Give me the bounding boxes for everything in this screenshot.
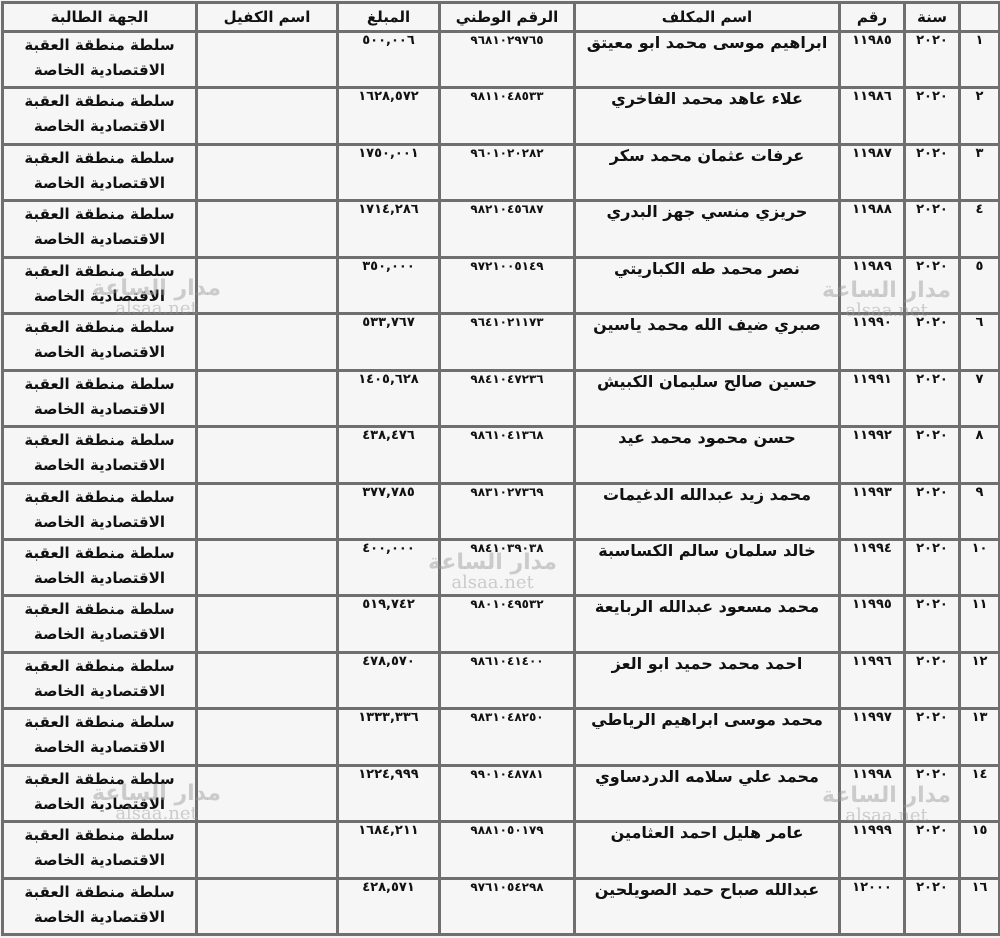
cell-text-year: ٢٠٢٠ (916, 428, 948, 443)
cell-text-authority-line1: سلطة منطقة العقبة (24, 431, 174, 449)
cell-text-name: عرفات عثمان محمد سكر (610, 146, 804, 165)
cell-text-year: ٢٠٢٠ (916, 485, 948, 500)
cell-serial: ٢ (960, 88, 1000, 144)
cell-text-name: محمد زيد عبدالله الدغيمات (603, 485, 811, 504)
cell-amount: ٥٣٣,٧٦٧ (338, 314, 440, 370)
cell-name: نصر محمد طه الكباريتي (575, 257, 840, 313)
table-row: ٧ ٢٠٢٠ ١١٩٩١ حسين صالح سليمان الكبيش ٩٨٤… (3, 370, 1000, 426)
cell-text-amount: ١٦٨٤,٢١١ (358, 823, 418, 838)
cell-amount: ١٤٠٥,٦٢٨ (338, 370, 440, 426)
cell-text-serial: ٨ (976, 428, 984, 443)
cell-authority: سلطة منطقة العقبةالاقتصادية الخاصة (3, 878, 197, 934)
cell-text-number: ١١٩٩١ (852, 372, 892, 387)
cell-name: عامر هليل احمد العثامين (575, 822, 840, 878)
cell-number: ١١٩٩١ (840, 370, 905, 426)
cell-guarantor (197, 32, 338, 88)
cell-number: ١١٩٩٠ (840, 314, 905, 370)
cell-text-number: ١١٩٩٠ (852, 315, 892, 330)
cell-national-id: ٩٦٤١٠٢١١٧٣ (440, 314, 575, 370)
cell-number: ١١٩٩٢ (840, 427, 905, 483)
cell-text-national-id: ٩٨٨١٠٥٠١٧٩ (470, 823, 543, 837)
cell-guarantor (197, 765, 338, 821)
cell-text-amount: ١٦٢٨,٥٧٢ (358, 89, 418, 104)
cell-text-authority-line1: سلطة منطقة العقبة (24, 600, 174, 618)
cell-number: ١١٩٩٤ (840, 539, 905, 595)
cell-text-amount: ٤٧٨,٥٧٠ (362, 654, 415, 669)
cell-text-authority-line2: الاقتصادية الخاصة (34, 230, 165, 248)
cell-guarantor (197, 878, 338, 934)
cell-serial: ١٥ (960, 822, 1000, 878)
cell-text-amount: ٤٠٠,٠٠٠ (362, 541, 415, 556)
cell-text-authority-line2: الاقتصادية الخاصة (34, 682, 165, 700)
table-row: ١٢ ٢٠٢٠ ١١٩٩٦ احمد محمد حميد ابو العز ٩٨… (3, 652, 1000, 708)
cell-year: ٢٠٢٠ (905, 201, 960, 257)
cell-text-authority-line1: سلطة منطقة العقبة (24, 318, 174, 336)
cell-text-year: ٢٠٢٠ (916, 89, 948, 104)
cell-text-amount: ٥٠٠,٠٠٦ (362, 33, 415, 48)
cell-text-amount: ١٧١٤,٢٨٦ (358, 202, 418, 217)
cell-text-authority-line1: سلطة منطقة العقبة (24, 149, 174, 167)
cell-national-id: ٩٨٦١٠٤١٤٠٠ (440, 652, 575, 708)
cell-text-national-id: ٩٦٤١٠٢١١٧٣ (470, 315, 543, 329)
cell-text-authority-line2: الاقتصادية الخاصة (34, 738, 165, 756)
cell-name: ابراهيم موسى محمد ابو معيتق (575, 32, 840, 88)
cell-national-id: ٩٦٨١٠٢٩٧٦٥ (440, 32, 575, 88)
cell-text-name: حريزي منسي جهز البدري (607, 202, 808, 221)
cell-text-serial: ٣ (976, 146, 984, 161)
table-row: ٢ ٢٠٢٠ ١١٩٨٦ علاء عاهد محمد الفاخري ٩٨١١… (3, 88, 1000, 144)
cell-authority: سلطة منطقة العقبةالاقتصادية الخاصة (3, 144, 197, 200)
cell-amount: ١٧١٤,٢٨٦ (338, 201, 440, 257)
cell-text-year: ٢٠٢٠ (916, 202, 948, 217)
cell-text-name: علاء عاهد محمد الفاخري (611, 89, 803, 108)
cell-text-authority-line1: سلطة منطقة العقبة (24, 544, 174, 562)
cell-text-serial: ١٣ (972, 710, 988, 725)
cell-text-authority-line1: سلطة منطقة العقبة (24, 657, 174, 675)
table-row: ٩ ٢٠٢٠ ١١٩٩٣ محمد زيد عبدالله الدغيمات ٩… (3, 483, 1000, 539)
cell-text-number: ١١٩٩٧ (852, 710, 892, 725)
cell-text-authority-line2: الاقتصادية الخاصة (34, 851, 165, 869)
cell-national-id: ٩٨٨١٠٥٠١٧٩ (440, 822, 575, 878)
cell-text-year: ٢٠٢٠ (916, 597, 948, 612)
cell-text-authority-line2: الاقتصادية الخاصة (34, 343, 165, 361)
cell-year: ٢٠٢٠ (905, 144, 960, 200)
cell-text-number: ١١٩٩٤ (852, 541, 892, 556)
cell-guarantor (197, 201, 338, 257)
cell-guarantor (197, 314, 338, 370)
cell-text-authority-line1: سلطة منطقة العقبة (24, 713, 174, 731)
cell-authority: سلطة منطقة العقبةالاقتصادية الخاصة (3, 32, 197, 88)
cell-text-year: ٢٠٢٠ (916, 710, 948, 725)
cell-national-id: ٩٨١١٠٤٨٥٣٣ (440, 88, 575, 144)
cell-text-name: حسن محمود محمد عيد (618, 428, 795, 447)
cell-name: عرفات عثمان محمد سكر (575, 144, 840, 200)
cell-serial: ٤ (960, 201, 1000, 257)
cell-text-national-id: ٩٨٦١٠٤١٤٠٠ (470, 654, 543, 668)
cell-text-number: ١١٩٩٥ (852, 597, 892, 612)
cell-year: ٢٠٢٠ (905, 765, 960, 821)
cell-year: ٢٠٢٠ (905, 88, 960, 144)
header-guarantor: اسم الكفيل (197, 3, 338, 32)
cell-year: ٢٠٢٠ (905, 370, 960, 426)
cell-amount: ١٣٣٣,٣٣٦ (338, 709, 440, 765)
cell-text-name: خالد سلمان سالم الكساسبة (598, 541, 816, 560)
cell-text-serial: ١٥ (972, 823, 988, 838)
cell-serial: ١٢ (960, 652, 1000, 708)
cell-text-number: ١١٩٨٩ (852, 259, 892, 274)
cell-text-number: ١١٩٩٢ (852, 428, 892, 443)
cell-guarantor (197, 427, 338, 483)
header-amount: المبلغ (338, 3, 440, 32)
cell-text-authority-line1: سلطة منطقة العقبة (24, 262, 174, 280)
cell-text-name: صبري ضيف الله محمد ياسين (593, 315, 821, 334)
cell-national-id: ٩٨٢١٠٤٥٦٨٧ (440, 201, 575, 257)
cell-text-name: محمد علي سلامه الدردساوي (595, 767, 819, 786)
cell-text-national-id: ٩٨٢١٠٤٥٦٨٧ (470, 202, 543, 216)
cell-text-number: ١١٩٩٦ (852, 654, 892, 669)
cell-name: محمد علي سلامه الدردساوي (575, 765, 840, 821)
cell-guarantor (197, 596, 338, 652)
cell-authority: سلطة منطقة العقبةالاقتصادية الخاصة (3, 539, 197, 595)
cell-text-serial: ١٦ (972, 880, 988, 895)
cell-number: ١١٩٩٩ (840, 822, 905, 878)
cell-text-amount: ٣٥٠,٠٠٠ (362, 259, 415, 274)
cell-amount: ٤٧٨,٥٧٠ (338, 652, 440, 708)
cell-text-national-id: ٩٨٦١٠٤١٣٦٨ (470, 428, 543, 442)
header-authority: الجهة الطالبة (3, 3, 197, 32)
cell-text-year: ٢٠٢٠ (916, 541, 948, 556)
cell-text-serial: ٥ (976, 259, 984, 274)
table-row: ١٠ ٢٠٢٠ ١١٩٩٤ خالد سلمان سالم الكساسبة ٩… (3, 539, 1000, 595)
cell-name: محمد زيد عبدالله الدغيمات (575, 483, 840, 539)
table-header-row: سنة رقم اسم المكلف الرقم الوطني المبلغ ا… (3, 3, 1000, 32)
cell-serial: ١٠ (960, 539, 1000, 595)
cell-national-id: ٩٧٦١٠٥٤٢٩٨ (440, 878, 575, 934)
cell-text-amount: ١٤٠٥,٦٢٨ (358, 372, 418, 387)
cell-text-national-id: ٩٨٤١٠٤٧٢٣٦ (470, 372, 543, 386)
table-row: ٤ ٢٠٢٠ ١١٩٨٨ حريزي منسي جهز البدري ٩٨٢١٠… (3, 201, 1000, 257)
table-row: ١١ ٢٠٢٠ ١١٩٩٥ محمد مسعود عبدالله الربايع… (3, 596, 1000, 652)
cell-guarantor (197, 652, 338, 708)
cell-number: ١١٩٩٦ (840, 652, 905, 708)
table-row: ١ ٢٠٢٠ ١١٩٨٥ ابراهيم موسى محمد ابو معيتق… (3, 32, 1000, 88)
cell-text-name: نصر محمد طه الكباريتي (614, 259, 800, 278)
cell-text-name: محمد مسعود عبدالله الربايعة (595, 597, 819, 616)
cell-amount: ١٧٥٠,٠٠١ (338, 144, 440, 200)
cell-text-authority-line2: الاقتصادية الخاصة (34, 174, 165, 192)
table-row: ١٦ ٢٠٢٠ ١٢٠٠٠ عبدالله صباح حمد الصويلحين… (3, 878, 1000, 934)
cell-text-number: ١١٩٨٥ (852, 33, 892, 48)
cell-number: ١١٩٨٨ (840, 201, 905, 257)
cell-national-id: ٩٨٤١٠٣٩٠٣٨ (440, 539, 575, 595)
cell-year: ٢٠٢٠ (905, 822, 960, 878)
cell-serial: ٣ (960, 144, 1000, 200)
cell-text-serial: ١ (976, 33, 984, 48)
cell-name: علاء عاهد محمد الفاخري (575, 88, 840, 144)
cell-serial: ١٣ (960, 709, 1000, 765)
document-sheet: سنة رقم اسم المكلف الرقم الوطني المبلغ ا… (0, 0, 1000, 938)
cell-serial: ١ (960, 32, 1000, 88)
cell-number: ١١٩٩٥ (840, 596, 905, 652)
cell-number: ١١٩٨٥ (840, 32, 905, 88)
cell-text-national-id: ٩٦٠١٠٢٠٢٨٢ (470, 146, 543, 160)
cell-text-national-id: ٩٩٠١٠٤٨٧٨١ (470, 767, 543, 781)
cell-national-id: ٩٨٣١٠٢٧٣٦٩ (440, 483, 575, 539)
cell-amount: ٥٠٠,٠٠٦ (338, 32, 440, 88)
cell-text-authority-line2: الاقتصادية الخاصة (34, 513, 165, 531)
cell-text-authority-line1: سلطة منطقة العقبة (24, 883, 174, 901)
table-row: ١٣ ٢٠٢٠ ١١٩٩٧ محمد موسى ابراهيم الرياطي … (3, 709, 1000, 765)
cell-text-name: عامر هليل احمد العثامين (611, 823, 804, 842)
cell-authority: سلطة منطقة العقبةالاقتصادية الخاصة (3, 483, 197, 539)
cell-authority: سلطة منطقة العقبةالاقتصادية الخاصة (3, 709, 197, 765)
cell-text-authority-line1: سلطة منطقة العقبة (24, 92, 174, 110)
cell-guarantor (197, 257, 338, 313)
cell-text-serial: ٤ (976, 202, 984, 217)
cell-text-amount: ١٣٣٣,٣٣٦ (358, 710, 418, 725)
cell-year: ٢٠٢٠ (905, 257, 960, 313)
cell-number: ١٢٠٠٠ (840, 878, 905, 934)
cell-text-amount: ٥١٩,٧٤٢ (362, 597, 415, 612)
cell-year: ٢٠٢٠ (905, 314, 960, 370)
cell-year: ٢٠٢٠ (905, 596, 960, 652)
cell-authority: سلطة منطقة العقبةالاقتصادية الخاصة (3, 88, 197, 144)
cell-number: ١١٩٩٣ (840, 483, 905, 539)
cell-number: ١١٩٨٩ (840, 257, 905, 313)
cell-authority: سلطة منطقة العقبةالاقتصادية الخاصة (3, 427, 197, 483)
cell-year: ٢٠٢٠ (905, 32, 960, 88)
cell-text-year: ٢٠٢٠ (916, 767, 948, 782)
cell-amount: ١٦٢٨,٥٧٢ (338, 88, 440, 144)
cell-text-authority-line2: الاقتصادية الخاصة (34, 795, 165, 813)
cell-serial: ٦ (960, 314, 1000, 370)
cell-text-serial: ٩ (976, 485, 984, 500)
header-serial (960, 3, 1000, 32)
cell-text-serial: ٧ (976, 372, 984, 387)
cell-authority: سلطة منطقة العقبةالاقتصادية الخاصة (3, 370, 197, 426)
cell-text-authority-line2: الاقتصادية الخاصة (34, 400, 165, 418)
cell-text-authority-line1: سلطة منطقة العقبة (24, 205, 174, 223)
cell-text-authority-line1: سلطة منطقة العقبة (24, 36, 174, 54)
cell-text-amount: ١٢٢٤,٩٩٩ (358, 767, 418, 782)
cell-text-national-id: ٩٧٢١٠٠٥١٤٩ (470, 259, 543, 273)
cell-text-number: ١١٩٩٩ (852, 823, 892, 838)
table-row: ١٥ ٢٠٢٠ ١١٩٩٩ عامر هليل احمد العثامين ٩٨… (3, 822, 1000, 878)
cell-text-national-id: ٩٧٦١٠٥٤٢٩٨ (470, 880, 543, 894)
cell-text-serial: ٢ (976, 89, 984, 104)
cell-serial: ٨ (960, 427, 1000, 483)
cell-year: ٢٠٢٠ (905, 539, 960, 595)
cell-text-serial: ١١ (972, 597, 988, 612)
cell-serial: ١٦ (960, 878, 1000, 934)
cell-name: عبدالله صباح حمد الصويلحين (575, 878, 840, 934)
cell-national-id: ٩٦٠١٠٢٠٢٨٢ (440, 144, 575, 200)
cell-text-serial: ١٠ (972, 541, 988, 556)
cell-amount: ٣٧٧,٧٨٥ (338, 483, 440, 539)
cell-text-national-id: ٩٦٨١٠٢٩٧٦٥ (470, 33, 543, 47)
cell-text-national-id: ٩٨٣١٠٢٧٣٦٩ (470, 485, 543, 499)
cell-guarantor (197, 88, 338, 144)
cell-name: صبري ضيف الله محمد ياسين (575, 314, 840, 370)
cell-serial: ٧ (960, 370, 1000, 426)
cell-text-number: ١١٩٨٨ (852, 202, 892, 217)
cell-text-national-id: ٩٨١١٠٤٨٥٣٣ (470, 89, 543, 103)
cell-text-year: ٢٠٢٠ (916, 823, 948, 838)
cell-name: احمد محمد حميد ابو العز (575, 652, 840, 708)
cell-serial: ١١ (960, 596, 1000, 652)
cell-national-id: ٩٨٦١٠٤١٣٦٨ (440, 427, 575, 483)
cell-text-authority-line2: الاقتصادية الخاصة (34, 908, 165, 926)
cell-amount: ٤٢٨,٥٧١ (338, 878, 440, 934)
cell-authority: سلطة منطقة العقبةالاقتصادية الخاصة (3, 314, 197, 370)
table-row: ٦ ٢٠٢٠ ١١٩٩٠ صبري ضيف الله محمد ياسين ٩٦… (3, 314, 1000, 370)
cell-text-year: ٢٠٢٠ (916, 146, 948, 161)
cell-text-authority-line2: الاقتصادية الخاصة (34, 625, 165, 643)
cell-name: حريزي منسي جهز البدري (575, 201, 840, 257)
cell-text-year: ٢٠٢٠ (916, 33, 948, 48)
cell-name: محمد موسى ابراهيم الرياطي (575, 709, 840, 765)
cell-text-number: ١٢٠٠٠ (852, 880, 892, 895)
cell-text-number: ١١٩٨٦ (852, 89, 892, 104)
cell-text-serial: ١٢ (972, 654, 988, 669)
cell-text-national-id: ٩٨٣١٠٤٨٢٥٠ (470, 710, 543, 724)
cell-text-authority-line2: الاقتصادية الخاصة (34, 287, 165, 305)
cell-text-national-id: ٩٨٤١٠٣٩٠٣٨ (470, 541, 543, 555)
cell-amount: ٤٠٠,٠٠٠ (338, 539, 440, 595)
header-number: رقم (840, 3, 905, 32)
cell-text-authority-line1: سلطة منطقة العقبة (24, 375, 174, 393)
cell-authority: سلطة منطقة العقبةالاقتصادية الخاصة (3, 822, 197, 878)
cell-text-amount: ١٧٥٠,٠٠١ (358, 146, 418, 161)
cell-year: ٢٠٢٠ (905, 427, 960, 483)
cell-guarantor (197, 144, 338, 200)
cell-text-amount: ٣٧٧,٧٨٥ (362, 485, 415, 500)
cell-text-number: ١١٩٩٨ (852, 767, 892, 782)
cell-text-year: ٢٠٢٠ (916, 259, 948, 274)
table-row: ٣ ٢٠٢٠ ١١٩٨٧ عرفات عثمان محمد سكر ٩٦٠١٠٢… (3, 144, 1000, 200)
cell-amount: ٤٣٨,٤٧٦ (338, 427, 440, 483)
cell-text-name: ابراهيم موسى محمد ابو معيتق (587, 33, 828, 52)
cell-text-name: محمد موسى ابراهيم الرياطي (591, 710, 823, 729)
cell-number: ١١٩٩٨ (840, 765, 905, 821)
cell-text-year: ٢٠٢٠ (916, 372, 948, 387)
cell-number: ١١٩٨٦ (840, 88, 905, 144)
cell-text-name: عبدالله صباح حمد الصويلحين (595, 880, 819, 899)
cell-number: ١١٩٨٧ (840, 144, 905, 200)
cell-text-name: حسين صالح سليمان الكبيش (597, 372, 817, 391)
cell-text-authority-line1: سلطة منطقة العقبة (24, 488, 174, 506)
cell-amount: ١٦٨٤,٢١١ (338, 822, 440, 878)
cell-text-authority-line2: الاقتصادية الخاصة (34, 61, 165, 79)
cell-authority: سلطة منطقة العقبةالاقتصادية الخاصة (3, 596, 197, 652)
assessment-table: سنة رقم اسم المكلف الرقم الوطني المبلغ ا… (1, 1, 1000, 936)
cell-name: حسن محمود محمد عيد (575, 427, 840, 483)
cell-text-year: ٢٠٢٠ (916, 880, 948, 895)
cell-guarantor (197, 709, 338, 765)
cell-name: حسين صالح سليمان الكبيش (575, 370, 840, 426)
cell-text-national-id: ٩٨٠١٠٤٩٥٣٢ (470, 597, 543, 611)
cell-year: ٢٠٢٠ (905, 878, 960, 934)
cell-amount: ١٢٢٤,٩٩٩ (338, 765, 440, 821)
cell-text-year: ٢٠٢٠ (916, 315, 948, 330)
cell-text-authority-line2: الاقتصادية الخاصة (34, 456, 165, 474)
table-row: ٥ ٢٠٢٠ ١١٩٨٩ نصر محمد طه الكباريتي ٩٧٢١٠… (3, 257, 1000, 313)
cell-year: ٢٠٢٠ (905, 709, 960, 765)
cell-amount: ٥١٩,٧٤٢ (338, 596, 440, 652)
cell-national-id: ٩٧٢١٠٠٥١٤٩ (440, 257, 575, 313)
cell-text-authority-line2: الاقتصادية الخاصة (34, 569, 165, 587)
cell-serial: ٥ (960, 257, 1000, 313)
cell-text-serial: ٦ (976, 315, 984, 330)
cell-text-number: ١١٩٩٣ (852, 485, 892, 500)
cell-text-serial: ١٤ (972, 767, 988, 782)
cell-guarantor (197, 370, 338, 426)
cell-text-number: ١١٩٨٧ (852, 146, 892, 161)
cell-name: خالد سلمان سالم الكساسبة (575, 539, 840, 595)
cell-text-authority-line2: الاقتصادية الخاصة (34, 117, 165, 135)
cell-text-authority-line1: سلطة منطقة العقبة (24, 770, 174, 788)
cell-authority: سلطة منطقة العقبةالاقتصادية الخاصة (3, 201, 197, 257)
cell-national-id: ٩٨٠١٠٤٩٥٣٢ (440, 596, 575, 652)
cell-national-id: ٩٨٣١٠٤٨٢٥٠ (440, 709, 575, 765)
cell-text-name: احمد محمد حميد ابو العز (612, 654, 803, 673)
cell-authority: سلطة منطقة العقبةالاقتصادية الخاصة (3, 765, 197, 821)
cell-amount: ٣٥٠,٠٠٠ (338, 257, 440, 313)
cell-serial: ٩ (960, 483, 1000, 539)
cell-text-authority-line1: سلطة منطقة العقبة (24, 826, 174, 844)
cell-year: ٢٠٢٠ (905, 652, 960, 708)
cell-authority: سلطة منطقة العقبةالاقتصادية الخاصة (3, 652, 197, 708)
cell-guarantor (197, 483, 338, 539)
cell-text-amount: ٥٣٣,٧٦٧ (362, 315, 415, 330)
cell-national-id: ٩٩٠١٠٤٨٧٨١ (440, 765, 575, 821)
cell-serial: ١٤ (960, 765, 1000, 821)
cell-text-amount: ٤٢٨,٥٧١ (362, 880, 415, 895)
cell-number: ١١٩٩٧ (840, 709, 905, 765)
header-name: اسم المكلف (575, 3, 840, 32)
cell-national-id: ٩٨٤١٠٤٧٢٣٦ (440, 370, 575, 426)
header-national-id: الرقم الوطني (440, 3, 575, 32)
cell-guarantor (197, 539, 338, 595)
table-row: ٨ ٢٠٢٠ ١١٩٩٢ حسن محمود محمد عيد ٩٨٦١٠٤١٣… (3, 427, 1000, 483)
cell-name: محمد مسعود عبدالله الربايعة (575, 596, 840, 652)
cell-year: ٢٠٢٠ (905, 483, 960, 539)
cell-text-amount: ٤٣٨,٤٧٦ (362, 428, 415, 443)
cell-authority: سلطة منطقة العقبةالاقتصادية الخاصة (3, 257, 197, 313)
cell-text-year: ٢٠٢٠ (916, 654, 948, 669)
table-row: ١٤ ٢٠٢٠ ١١٩٩٨ محمد علي سلامه الدردساوي ٩… (3, 765, 1000, 821)
cell-guarantor (197, 822, 338, 878)
header-year: سنة (905, 3, 960, 32)
